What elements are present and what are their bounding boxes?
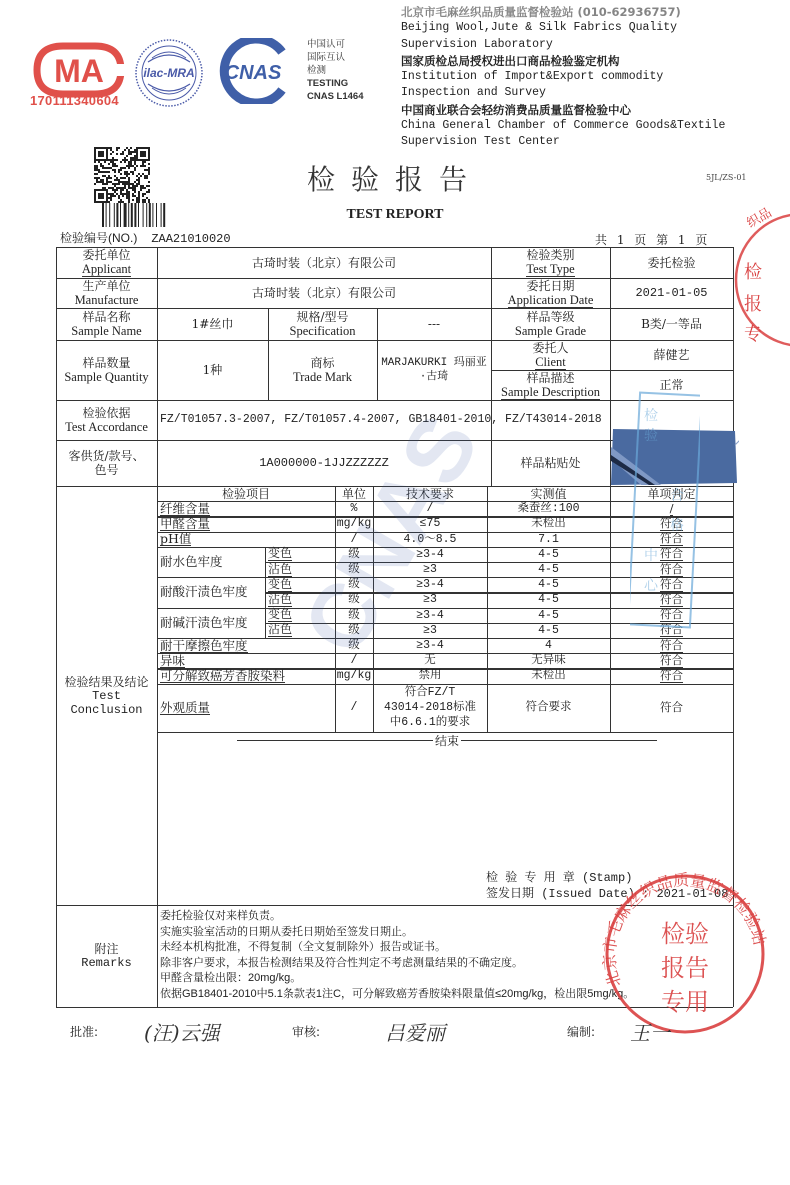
sample-description-label-text: 样品描述 (526, 371, 574, 385)
result-unit-text: / (351, 533, 358, 546)
remark-line: 甲醛含量检出限：20mg/kg。 (160, 971, 634, 987)
svg-text:报: 报 (744, 293, 762, 315)
result-item: 甲醛含量 (157, 516, 335, 531)
sample-name-value: 1#丝巾 (157, 308, 268, 340)
result-requirement: ≥3-4 (373, 577, 487, 592)
result-item: 纤维含量 (157, 501, 335, 516)
result-unit-text: 级 (348, 578, 360, 591)
result-sub-item-text: 变色 (268, 608, 292, 622)
sample-quantity-label-text: Sample Quantity (64, 370, 148, 384)
result-requirement-text: 4.0～8.5 (404, 533, 457, 546)
cma-code: 170111340604 (30, 93, 119, 108)
result-requirement: ≥3 (373, 562, 487, 577)
result-measured-text: 4 (545, 639, 552, 652)
result-item: 耐干摩擦色牢度 (157, 638, 335, 653)
lab-info: 北京市毛麻丝织品质量监督检验站 (010-62936757)Beijing Wo… (401, 4, 725, 151)
result-measured-text: 4-5 (538, 609, 559, 622)
application-date-value: 2021-01-05 (610, 278, 733, 308)
result-item: pH值 (157, 532, 335, 547)
result-requirement: ≤75 (373, 516, 487, 531)
result-item-text: 异味 (160, 654, 185, 668)
manufacture-label-text: 生产单位 (82, 279, 130, 293)
review-signature: 吕爱丽 (385, 1017, 445, 1046)
report-number-label: 检验编号(NO.) (60, 231, 137, 245)
result-sub-item-text: 变色 (268, 578, 292, 592)
review-label: 审核: (292, 1023, 320, 1040)
result-measured: 4-5 (487, 608, 610, 623)
end-marker-text: 结束 (433, 734, 461, 748)
result-measured-text: 4-5 (538, 563, 559, 576)
test-type-label: 检验类别Test Type (491, 247, 610, 278)
table-rule (265, 562, 266, 577)
applicant-value-text: 古琦时装（北京）有限公司 (252, 256, 396, 270)
inspection-stamp-partial: 织品 检 报 专 (722, 200, 790, 360)
result-measured: 7.1 (487, 532, 610, 547)
specification-label-text: Specification (290, 324, 356, 338)
sample-name-label-text: Sample Name (71, 324, 141, 338)
remark-line: 除非客户要求，本报告检测结果及符合性判定不考虑测量结果的不确定度。 (160, 956, 634, 972)
trade-mark-label: 商标Trade Mark (268, 340, 377, 400)
sample-quantity-value-text: 1种 (203, 363, 223, 377)
result-unit: % (335, 501, 373, 516)
result-sub-item: 沾色 (265, 623, 335, 638)
result-unit-text: 级 (348, 593, 360, 606)
svg-text:格: 格 (670, 517, 684, 534)
approve-label: 批准: (70, 1023, 98, 1040)
results-header-requirement: 技术要求 (373, 486, 487, 501)
sample-grade-value-text: B类/一等品 (641, 317, 702, 331)
trade-mark-label-text: Trade Mark (293, 370, 352, 384)
ilac-mra-logo-icon: ilac-MRA (134, 38, 204, 108)
sample-grade-label-text: Sample Grade (515, 324, 586, 338)
svg-text:织品: 织品 (745, 205, 775, 231)
lab-info-line: Beijing Wool,Jute & Silk Fabrics Quality (401, 20, 725, 36)
sample-attach-label: 样品粘贴处 (491, 440, 610, 486)
style-no-value-text: 1A000000-1JJZZZZZZ (259, 456, 389, 470)
trade-mark-value-text: MARJAKURKI 玛丽亚·古琦 (381, 356, 487, 384)
sample-attach-label-text: 样品粘贴处 (520, 456, 580, 470)
result-item: 耐酸汗渍色牢度 (157, 577, 265, 607)
result-unit-text: mg/kg (337, 517, 372, 530)
result-requirement: ≥3 (373, 592, 487, 607)
result-item-text: 纤维含量 (160, 502, 210, 516)
svg-text:CNAS: CNAS (225, 62, 282, 84)
result-measured: 4 (487, 638, 610, 653)
accreditation-line: TESTING (307, 77, 364, 90)
result-requirement-text: ≥3-4 (416, 639, 444, 652)
result-requirement-text: 禁用 (419, 669, 442, 682)
result-unit: 级 (335, 638, 373, 653)
result-item-text: 甲醛含量 (160, 517, 210, 531)
sample-quantity-value: 1种 (157, 340, 268, 400)
svg-text:合: 合 (670, 488, 684, 504)
test-type-value: 委托检验 (610, 247, 733, 278)
application-date-label-text: 委托日期 (526, 279, 574, 293)
result-sub-item: 沾色 (265, 562, 335, 577)
result-sub-item-text: 沾色 (268, 563, 292, 577)
svg-text:ilac-MRA: ilac-MRA (143, 66, 194, 80)
table-rule (610, 486, 611, 732)
remarks-label-text: Remarks (81, 956, 131, 970)
svg-text:验: 验 (644, 428, 658, 444)
result-unit-text: / (351, 654, 358, 667)
style-no-value: 1A000000-1JJZZZZZZ (157, 440, 491, 486)
test-accordance-label-text: 检验依据 (82, 406, 130, 420)
result-measured-text: 7.1 (538, 533, 559, 546)
result-measured-text: 4-5 (538, 548, 559, 561)
result-measured-text: 符合要求 (526, 701, 572, 714)
sample-grade-label: 样品等级Sample Grade (491, 308, 610, 340)
results-header-measured: 实测值 (487, 486, 610, 501)
result-unit-text: 级 (348, 563, 360, 576)
sample-grade-label-text: 样品等级 (526, 310, 574, 324)
manufacture-label-text: Manufacture (75, 293, 139, 307)
result-unit: 级 (335, 608, 373, 623)
accreditation-line: CNAS L1464 (307, 90, 364, 103)
result-sub-item-text: 变色 (268, 547, 292, 561)
manufacture-value: 古琦时装（北京）有限公司 (157, 278, 491, 308)
svg-text:报告: 报告 (661, 954, 709, 982)
approve-signature: (汪)云强 (144, 1017, 220, 1046)
client-label-text: Client (535, 355, 566, 370)
result-requirement-text: ≥3 (423, 593, 437, 606)
client-label-text: 委托人 (532, 341, 568, 355)
svg-text:专: 专 (744, 324, 762, 345)
result-sub-item-text: 沾色 (268, 593, 292, 607)
result-requirement: / (373, 501, 487, 516)
table-rule (373, 486, 374, 732)
lab-info-line: Inspection and Survey (401, 85, 725, 101)
result-unit-text: % (351, 502, 358, 515)
test-accordance-label: 检验依据Test Accordance (56, 400, 157, 440)
result-requirement: ≥3-4 (373, 547, 487, 562)
remark-line: 依据GB18401-2010中5.1条款表1注C，可分解致癌芳香胺染料限量值≤2… (160, 987, 634, 1003)
result-requirement: 禁用 (373, 668, 487, 683)
applicant-label: 委托单位Applicant (56, 247, 157, 278)
svg-text:检: 检 (744, 262, 762, 283)
result-requirement: ≥3-4 (373, 638, 487, 653)
result-item-text: 耐碱汗渍色牢度 (160, 616, 248, 630)
result-item-text: 耐水色牢度 (160, 555, 223, 569)
client-value: 薛健艺 (610, 340, 733, 370)
result-requirement-text: 无 (424, 654, 436, 667)
result-requirement: 无 (373, 653, 487, 668)
accreditation-line: 国际互认 (307, 51, 364, 64)
page-subtitle: TEST REPORT (0, 207, 790, 223)
result-unit: 级 (335, 562, 373, 577)
style-no-label-text: 客供货/款号、色号 (64, 449, 149, 477)
result-judgment-text: 符合 (660, 669, 683, 683)
result-unit: / (335, 684, 373, 732)
test-type-label-text: 检验类别 (526, 248, 574, 262)
result-unit: mg/kg (335, 668, 373, 683)
result-unit: mg/kg (335, 516, 373, 531)
form-code: 5JL/ZS-01 (706, 173, 747, 182)
sample-description-label-text: Sample Description (501, 385, 600, 400)
lab-info-line: China General Chamber of Commerce Goods&… (401, 118, 725, 134)
page-info: 共 1 页 第 1 页 (595, 231, 707, 248)
result-requirement-text: ≥3-4 (416, 609, 444, 622)
remark-line: 未经本机构批准，不得复制（全文复制除外）报告或证书。 (160, 940, 634, 956)
remarks-label: 附注Remarks (56, 905, 157, 1007)
results-header-unit-text: 单位 (342, 487, 366, 501)
remark-line: 委托检验仅对来样负责。 (160, 909, 634, 925)
specification-value: --- (377, 308, 491, 340)
result-judgment: 符合 (610, 684, 733, 732)
client-value-text: 薛健艺 (653, 348, 689, 362)
application-date-label-text: Application Date (508, 293, 594, 308)
result-measured: 未检出 (487, 516, 610, 531)
results-header-item-text: 检验项目 (222, 487, 270, 501)
application-date-label: 委托日期Application Date (491, 278, 610, 308)
results-section-label: 检验结果及结论Test Conclusion (56, 486, 157, 905)
result-measured: 无异味 (487, 653, 610, 668)
result-judgment: 符合 (610, 668, 733, 683)
sample-quantity-label: 样品数量Sample Quantity (56, 340, 157, 400)
accreditation-line: 中国认可 (307, 38, 364, 51)
svg-text:中: 中 (644, 547, 658, 564)
result-sub-item: 变色 (265, 577, 335, 592)
table-rule (265, 592, 266, 607)
result-item-text: 可分解致癌芳香胺染料 (160, 669, 285, 683)
end-marker: 结束 (237, 734, 657, 748)
result-requirement: ≥3-4 (373, 608, 487, 623)
result-item: 异味 (157, 653, 335, 668)
table-rule (335, 486, 336, 732)
result-measured: 未检出 (487, 668, 610, 683)
result-item-text: pH值 (160, 532, 191, 546)
trade-mark-value: MARJAKURKI 玛丽亚·古琦 (377, 340, 491, 400)
sample-grade-value: B类/一等品 (610, 308, 733, 340)
result-judgment-text: 符合 (660, 639, 683, 653)
application-date-value-text: 2021-01-05 (635, 286, 707, 300)
applicant-label-text: Applicant (82, 262, 131, 277)
sample-name-label: 样品名称Sample Name (56, 308, 157, 340)
result-unit: / (335, 532, 373, 547)
result-item: 外观质量 (157, 684, 335, 732)
result-measured-text: 无异味 (531, 654, 566, 667)
accreditation-line: 检测 (307, 64, 364, 77)
svg-text:检: 检 (644, 407, 658, 424)
results-section-label-text: 检验结果及结论 (64, 675, 148, 689)
report-number-value: ZAA21010020 (151, 232, 230, 246)
results-header-item: 检验项目 (157, 486, 335, 501)
svg-text:检验: 检验 (661, 920, 709, 948)
result-unit-text: 级 (348, 624, 360, 637)
result-judgment-text: 符合 (660, 654, 683, 668)
result-unit: 级 (335, 592, 373, 607)
result-unit-text: 级 (348, 548, 360, 561)
table-rule (265, 577, 266, 592)
specification-label-text: 规格/型号 (296, 310, 348, 324)
result-item-text: 耐酸汗渍色牢度 (160, 585, 248, 599)
results-section-label-text: Test Conclusion (56, 689, 157, 717)
result-requirement: 4.0～8.5 (373, 532, 487, 547)
result-requirement-text: ≥3 (423, 563, 437, 576)
result-requirement-text: / (427, 502, 434, 515)
result-unit-text: 级 (348, 609, 360, 622)
table-rule (265, 623, 266, 638)
result-unit: 级 (335, 577, 373, 592)
client-label: 委托人Client (491, 340, 610, 370)
inspection-report-stamp: 北京市毛麻丝织品质量监督检验站 检验 报告 专用 (600, 870, 770, 1038)
lab-info-line: 中国商业联合会轻纺消费品质量监督检验中心 (401, 102, 725, 118)
lab-info-line: Institution of Import&Export commodity (401, 69, 725, 85)
result-measured-text: 4-5 (538, 624, 559, 637)
remarks-label-text: 附注 (94, 942, 118, 956)
remarks-list: 委托检验仅对来样负责。实施实验室活动的日期从委托日期始至签发日期止。未经本机构批… (160, 909, 634, 1002)
result-measured: 符合要求 (487, 684, 610, 732)
result-unit-text: / (351, 701, 358, 714)
result-measured: 4-5 (487, 623, 610, 638)
result-item-text: 耐干摩擦色牢度 (160, 639, 248, 653)
result-measured-text: 未检出 (531, 669, 566, 682)
result-measured: 4-5 (487, 562, 610, 577)
result-requirement: 符合FZ/T 43014-2018标准中6.6.1的要求 (373, 684, 487, 732)
test-type-label-text: Test Type (526, 262, 574, 277)
manufacture-value-text: 古琦时装（北京）有限公司 (252, 286, 396, 300)
result-item: 可分解致癌芳香胺染料 (157, 668, 335, 683)
lab-info-line: 国家质检总局授权进出口商品检验鉴定机构 (401, 53, 725, 69)
table-rule (265, 608, 266, 623)
result-item-text: 外观质量 (160, 701, 210, 715)
sample-name-value-text: 1#丝巾 (192, 317, 234, 331)
applicant-label-text: 委托单位 (82, 248, 130, 262)
result-requirement: ≥3 (373, 623, 487, 638)
qualified-stamp: 检验 合格 中心 (630, 390, 700, 630)
table-rule (487, 486, 488, 732)
result-measured-text: 4-5 (538, 578, 559, 591)
result-requirement-text: 符合FZ/T 43014-2018标准中6.6.1的要求 (381, 685, 479, 730)
sample-name-label-text: 样品名称 (82, 310, 130, 324)
result-measured: 桑蚕丝:100 (487, 501, 610, 516)
result-sub-item: 沾色 (265, 592, 335, 607)
result-measured-text: 桑蚕丝:100 (517, 502, 579, 515)
test-accordance-value-text: FZ/T01057.3-2007, FZ/T01057.4-2007, GB18… (160, 413, 602, 427)
sample-description-label: 样品描述Sample Description (491, 370, 610, 400)
result-unit-text: mg/kg (337, 669, 372, 682)
accreditation-text: 中国认可 国际互认 检测 TESTING CNAS L1464 (307, 38, 364, 103)
cnas-logo-icon: CNAS (212, 38, 294, 104)
specification-value-text: --- (428, 317, 440, 331)
trade-mark-label-text: 商标 (310, 356, 334, 370)
result-requirement-text: ≥3-4 (416, 548, 444, 561)
result-requirement-text: ≤75 (420, 517, 441, 530)
sample-quantity-label-text: 样品数量 (82, 356, 130, 370)
manufacture-label: 生产单位Manufacture (56, 278, 157, 308)
result-item: 耐水色牢度 (157, 547, 265, 577)
style-no-label: 客供货/款号、色号 (56, 440, 157, 486)
cma-logo-icon: MA (33, 42, 125, 98)
svg-text:专用: 专用 (661, 988, 709, 1016)
results-header-requirement-text: 技术要求 (406, 487, 454, 501)
svg-text:心: 心 (644, 578, 659, 594)
table-rule (265, 547, 266, 562)
remark-line: 实施实验室活动的日期从委托日期始至签发日期止。 (160, 925, 634, 941)
result-sub-item: 变色 (265, 608, 335, 623)
lab-info-line: Supervision Laboratory (401, 37, 725, 53)
svg-text:MA: MA (54, 53, 104, 89)
page-title: 检验报告 (0, 158, 790, 198)
result-sub-item-text: 沾色 (268, 623, 292, 637)
result-judgment: 符合 (610, 638, 733, 653)
result-measured: 4-5 (487, 592, 610, 607)
result-measured-text: 4-5 (538, 593, 559, 606)
result-unit-text: 级 (348, 639, 360, 652)
result-unit: 级 (335, 547, 373, 562)
result-judgment-text: 符合 (660, 701, 683, 714)
specification-label: 规格/型号Specification (268, 308, 377, 340)
result-measured-text: 未检出 (531, 517, 566, 530)
compile-label: 编制: (567, 1023, 595, 1040)
lab-info-line: 北京市毛麻丝织品质量监督检验站 (010-62936757) (401, 4, 725, 20)
result-unit: / (335, 653, 373, 668)
result-requirement-text: ≥3-4 (416, 578, 444, 591)
lab-info-line: Supervision Test Center (401, 134, 725, 150)
result-requirement-text: ≥3 (423, 624, 437, 637)
results-header-measured-text: 实测值 (530, 487, 566, 501)
result-measured: 4-5 (487, 577, 610, 592)
test-accordance-label-text: Test Accordance (65, 420, 148, 434)
result-unit: 级 (335, 623, 373, 638)
result-judgment: 符合 (610, 653, 733, 668)
signature-row: 批准: (汪)云强 审核: 吕爱丽 编制: 王一 (70, 1017, 750, 1057)
result-sub-item: 变色 (265, 547, 335, 562)
applicant-value: 古琦时装（北京）有限公司 (157, 247, 491, 278)
result-measured: 4-5 (487, 547, 610, 562)
results-header-unit: 单位 (335, 486, 373, 501)
compile-signature: 王一 (630, 1017, 670, 1046)
test-type-value-text: 委托检验 (647, 256, 695, 270)
report-number: 检验编号(NO.)ZAA21010020 (60, 229, 231, 246)
result-item: 耐碱汗渍色牢度 (157, 608, 265, 638)
